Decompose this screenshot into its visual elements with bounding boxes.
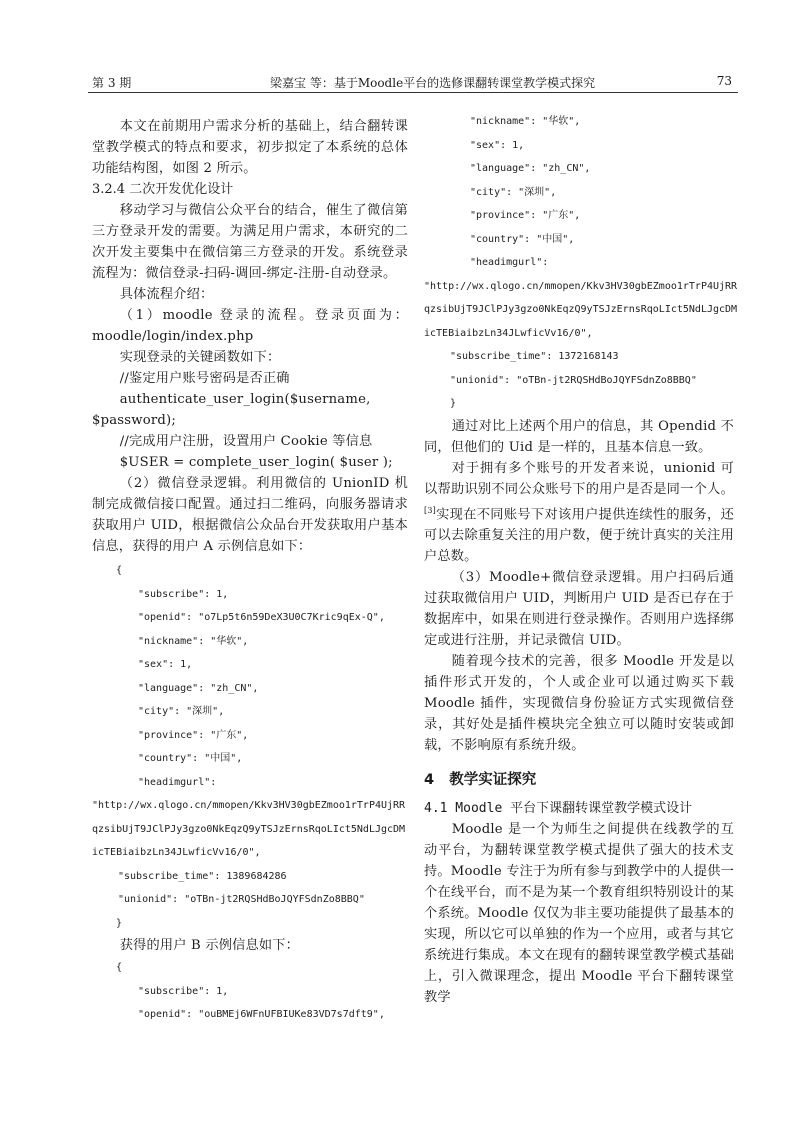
json-line: "http://wx.qlogo.cn/mmopen/Kkv3HV30gbEZm… [424, 275, 734, 299]
running-title: 梁嘉宝 等：基于Moodle平台的选修课翻转课堂教学模式探究 [270, 74, 595, 91]
json-line: qzsibUjT9JClPJy3gzo0NkEqzQ9yTSJzErnsRqoL… [424, 298, 734, 322]
paragraph: 本文在前期用户需求分析的基础上，结合翻转课堂教学模式的特点和要求，初步拟定了本系… [92, 116, 408, 179]
paragraph: 具体流程介绍： [92, 284, 408, 305]
json-brace: } [424, 392, 734, 416]
paragraph: （2）微信登录逻辑。利用微信的 UnionID 机制完成微信接口配置。通过扫二维… [92, 473, 408, 557]
json-line: "nickname": "华软", [92, 630, 408, 654]
section-heading-4: 4 教学实证探究 [424, 768, 734, 792]
right-column: "nickname": "华软", "sex": 1, "language": … [424, 116, 734, 1008]
code-comment: //鉴定用户账号密码是否正确 [92, 368, 408, 389]
paragraph: （1）moodle 登录的流程。登录页面为：moodle/login/index… [92, 305, 408, 347]
json-line: "language": "zh_CN", [424, 157, 734, 181]
json-line: "headimgurl": [92, 771, 408, 795]
citation-ref: [3] [424, 506, 436, 515]
json-line: "subscribe": 1, [92, 980, 408, 1004]
user-a-json-block: { "subscribe": 1, "openid": "o7Lp5t6n59D… [92, 559, 408, 935]
paragraph: 获得的用户 B 示例信息如下： [92, 935, 408, 956]
text-segment: 对于拥有多个账号的开发者来说，unionid 可以帮助识别不同公众账号下的用户是… [424, 461, 734, 497]
code-line: $USER = complete_user_login( $user ); [92, 452, 408, 473]
json-line: "http://wx.qlogo.cn/mmopen/Kkv3HV30gbEZm… [92, 794, 408, 818]
paragraph: Moodle 是一个为师生之间提供在线教学的互动平台，为翻转课堂教学模式提供了强… [424, 819, 734, 1008]
code-line: authenticate_user_login($username, $pass… [92, 389, 408, 431]
user-b-json-block-start: { "subscribe": 1, "openid": "ouBMEj6WFnU… [92, 956, 408, 1027]
json-line: "language": "zh_CN", [92, 677, 408, 701]
json-line: qzsibUjT9JClPJy3gzo0NkEqzQ9yTSJzErnsRqoL… [92, 818, 408, 842]
json-line: "province": "广东", [424, 204, 734, 228]
paragraph: 通过对比上述两个用户的信息，其 Opendid 不同，但他们的 Uid 是一样的… [424, 416, 734, 458]
paragraph: 移动学习与微信公众平台的结合，催生了微信第三方登录开发的需要。为满足用户需求，本… [92, 200, 408, 284]
json-brace: { [92, 956, 408, 980]
json-line: "province": "广东", [92, 724, 408, 748]
json-line: "sex": 1, [92, 653, 408, 677]
section-heading-4-1: 4.1 Moodle 平台下课翻转课堂教学模式设计 [424, 798, 734, 819]
paragraph-unionid: 对于拥有多个账号的开发者来说，unionid 可以帮助识别不同公众账号下的用户是… [424, 458, 734, 567]
json-line: "subscribe_time": 1372168143 [424, 345, 734, 369]
json-line: "openid": "ouBMEj6WFnUFBIUKe83VD7s7dft9"… [92, 1003, 408, 1027]
code-comment: //完成用户注册，设置用户 Cookie 等信息 [92, 431, 408, 452]
json-line: "city": "深圳", [92, 700, 408, 724]
json-line: "subscribe": 1, [92, 583, 408, 607]
json-line: "nickname": "华软", [424, 110, 734, 134]
json-line: "sex": 1, [424, 134, 734, 158]
json-line: "city": "深圳", [424, 181, 734, 205]
json-brace: } [92, 912, 408, 936]
json-line: "unionid": "oTBn-jt2RQSHdBoJQYFSdnZo8BBQ… [424, 369, 734, 393]
json-line: "country": "中国", [424, 228, 734, 252]
paragraph: （3）Moodle+微信登录逻辑。用户扫码后通过获取微信用户 UID，判断用户 … [424, 567, 734, 651]
json-line: "openid": "o7Lp5t6n59DeX3U0C7Kric9qEx-Q"… [92, 606, 408, 630]
json-line: "subscribe_time": 1389684286 [92, 865, 408, 889]
user-b-json-block-rest: "nickname": "华软", "sex": 1, "language": … [424, 110, 734, 416]
json-line: "country": "中国", [92, 747, 408, 771]
issue-label: 第 3 期 [92, 74, 131, 91]
left-column: 本文在前期用户需求分析的基础上，结合翻转课堂教学模式的特点和要求，初步拟定了本系… [92, 116, 408, 1027]
text-segment: 实现在不同账号下对该用户提供连续性的服务，还可以去除重复关注的用户数，便于统计真… [424, 507, 734, 564]
section-heading-3-2-4: 3.2.4 二次开发优化设计 [92, 179, 408, 200]
paragraph: 随着现今技术的完善，很多 Moodle 开发是以插件形式开发的，个人或企业可以通… [424, 651, 734, 756]
json-line: "headimgurl": [424, 251, 734, 275]
json-line: icTEBiaibzLn34JLwficVv16/0", [92, 841, 408, 865]
json-line: icTEBiaibzLn34JLwficVv16/0", [424, 322, 734, 346]
page-number: 73 [717, 74, 732, 88]
json-line: "unionid": "oTBn-jt2RQSHdBoJQYFSdnZo8BBQ… [92, 888, 408, 912]
json-brace: { [92, 559, 408, 583]
paragraph: 实现登录的关键函数如下： [92, 347, 408, 368]
running-header: 第 3 期 梁嘉宝 等：基于Moodle平台的选修课翻转课堂教学模式探究 73 [88, 72, 738, 93]
